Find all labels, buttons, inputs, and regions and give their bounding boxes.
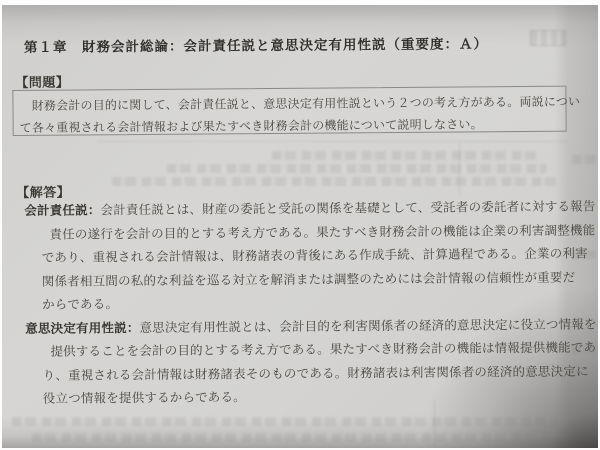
answer-section: 会計責任説：会計責任説とは、財産の委託と受託の関係を基礎として、受託者の委託者に…: [3, 195, 598, 411]
definition-text-line: 提供することを会計の目的とする考え方である。果たすべき財務会計の機能は情報提供機…: [50, 336, 598, 364]
question-box: 財務会計の目的に関して、会計責任説と、意思決定有用性説という２つの考え方がある。…: [12, 86, 566, 136]
question-label: 【問題】: [15, 72, 69, 91]
answer-label: 【解答】: [16, 182, 70, 201]
chapter-title: 第１章 財務会計総論：会計責任説と意思決定有用性説（重要度：Ａ）: [24, 32, 488, 56]
definition-text-line: 関係者相互間の私的な利益を巡る対立を解消または調整のためには会計情報の信頼性が重…: [42, 266, 598, 294]
term-label: 意思決定有用性説：: [25, 321, 139, 336]
question-line: て各々重視される会計情報および果たすべき財務会計の機能について説明しなさい。: [20, 113, 560, 139]
definition-text-line: り、重視される会計情報は財務諸表そのものである。財務諸表は利害関係者の経済的意思…: [43, 360, 598, 388]
page-photo: 第１章 財務会計総論：会計責任説と意思決定有用性説（重要度：Ａ） 【問題】 財務…: [2, 5, 598, 448]
definition-text: 意思決定有用性説とは、会計目的を利害関係者の経済的意思決定に役立つ情報を: [139, 317, 596, 335]
term-label: 会計責任説：: [24, 203, 100, 218]
definition-text: 会計責任説とは、財産の委託と受託の関係を基礎として、受託者の委託者に対する報告: [100, 199, 595, 217]
definition-text-line: 役立つ情報を提供するからである。: [43, 383, 598, 411]
page-content: 第１章 財務会計総論：会計責任説と意思決定有用性説（重要度：Ａ） 【問題】 財務…: [2, 5, 598, 448]
